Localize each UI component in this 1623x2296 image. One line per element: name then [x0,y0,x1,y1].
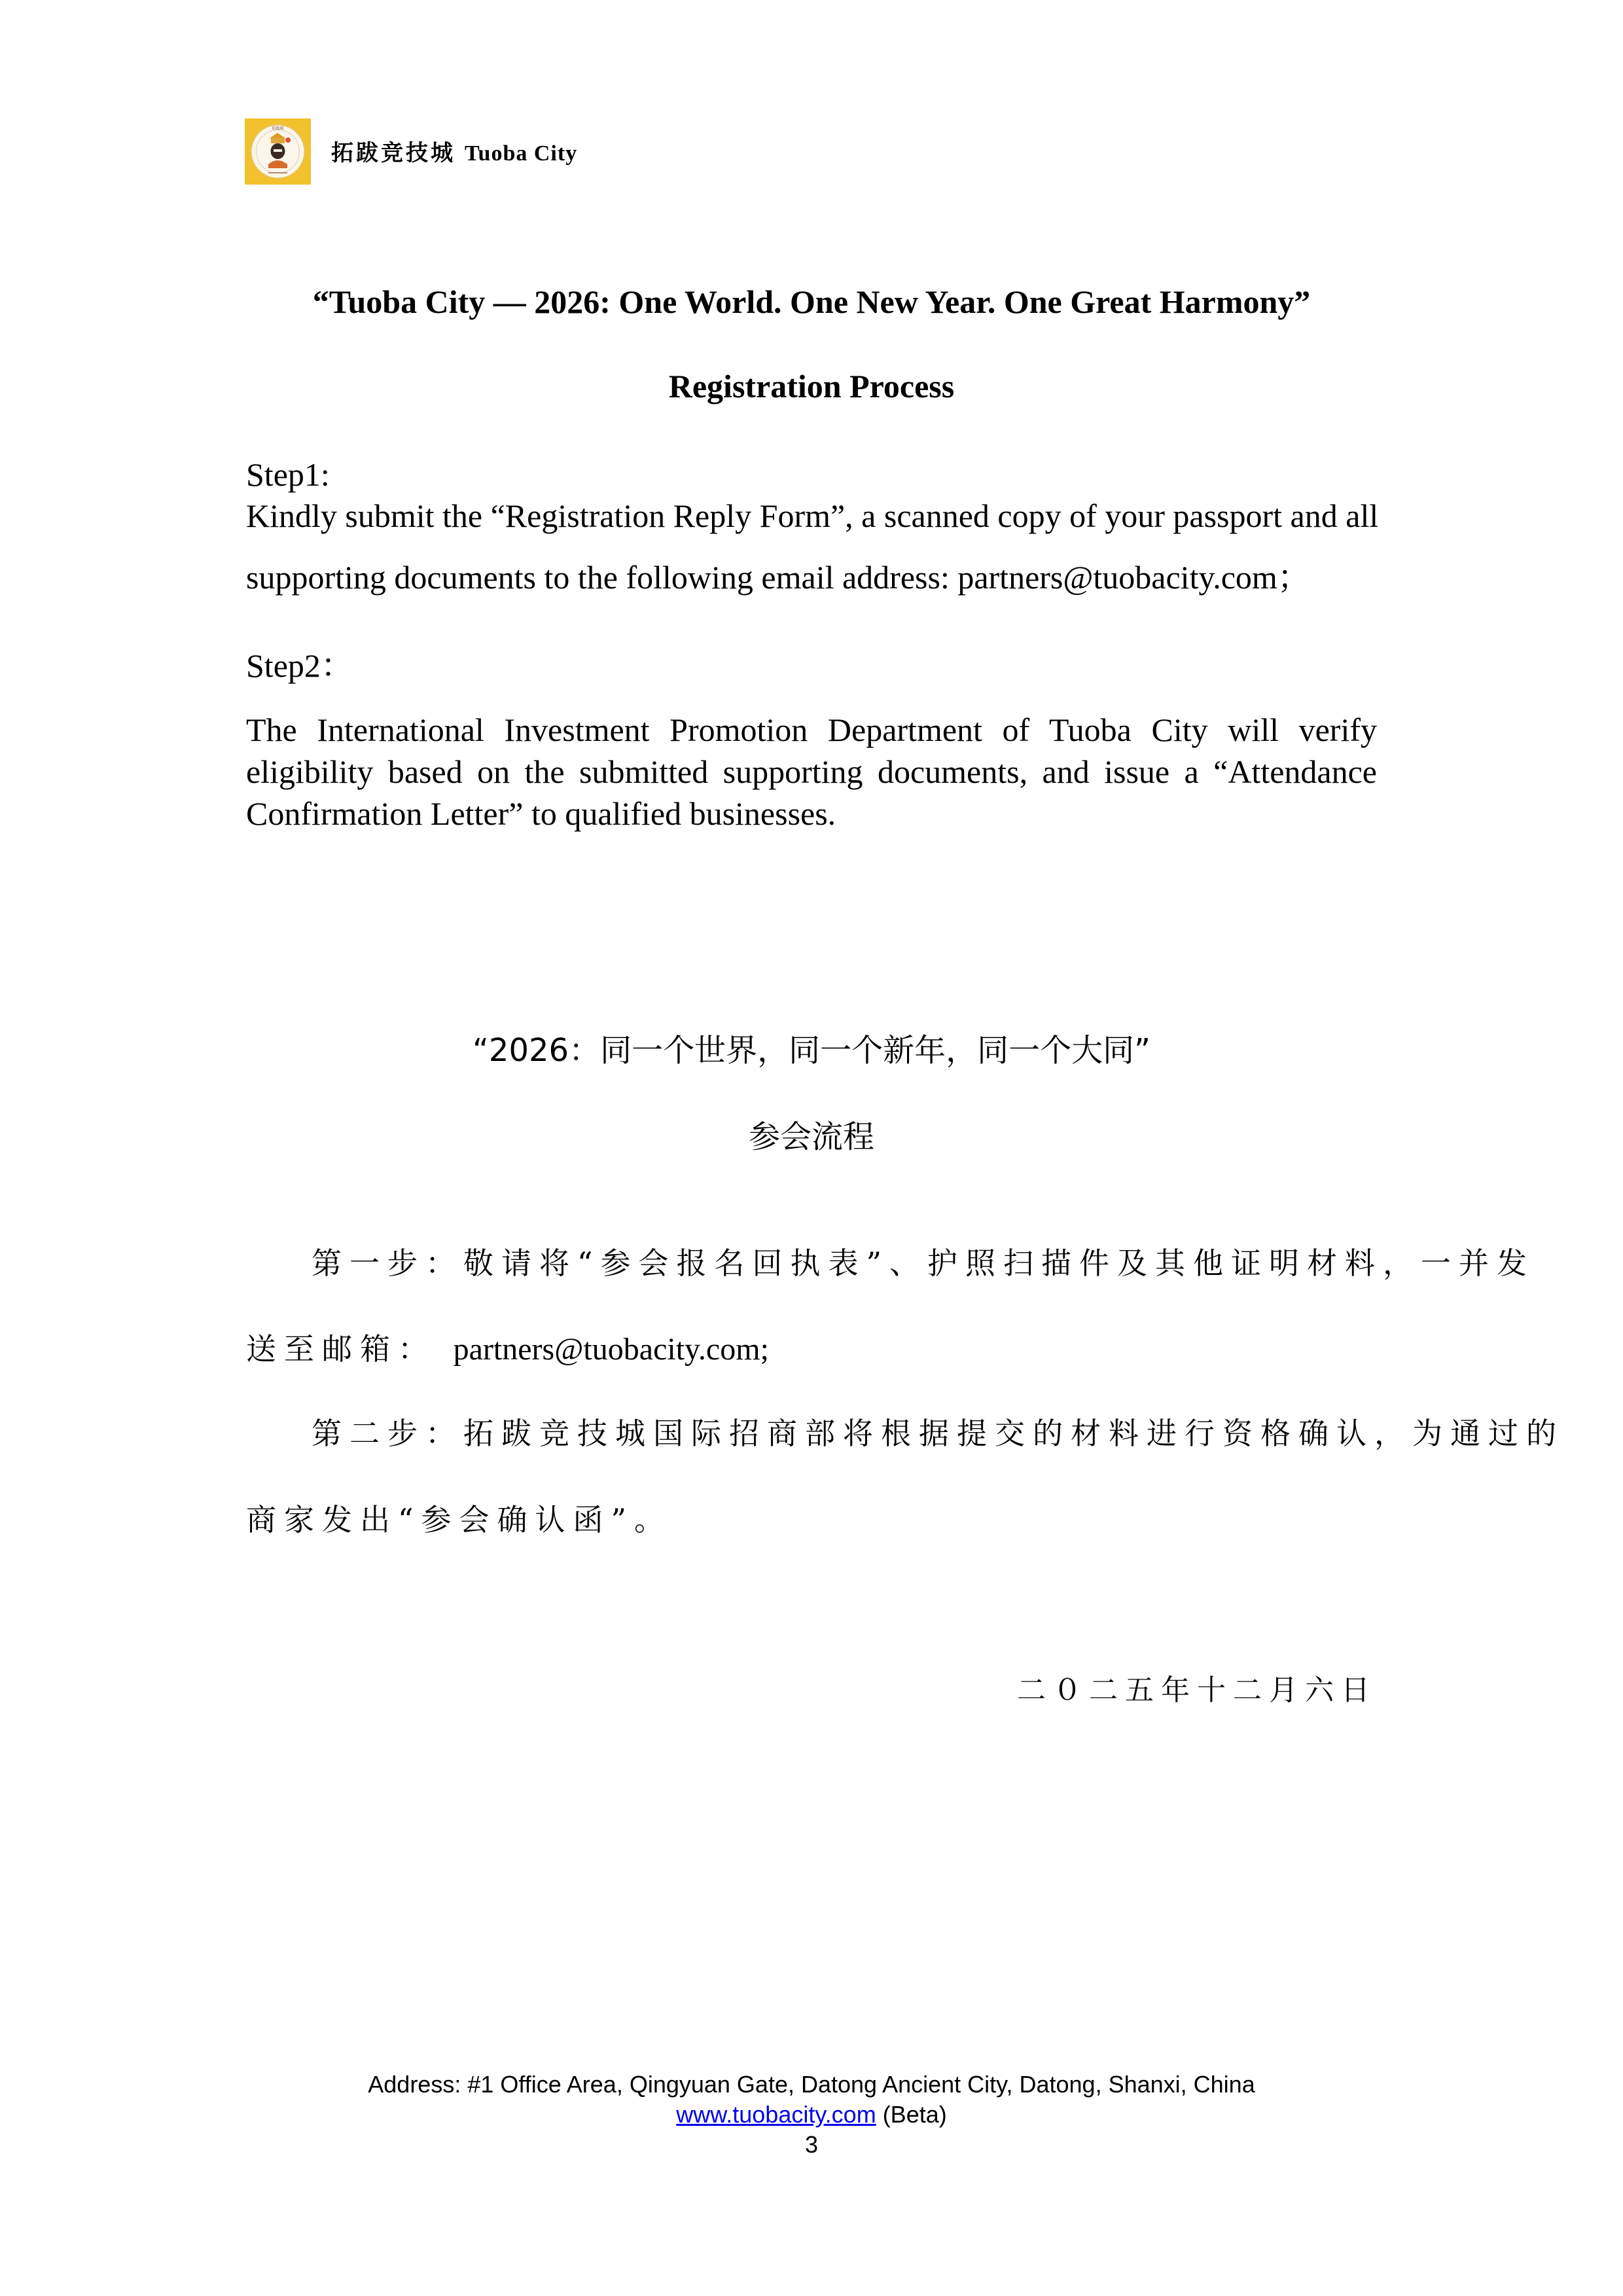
chinese-step1-line1: 第一步：敬请将“参会报名回执表”、护照扫描件及其他证明材料，一并发 [246,1240,1377,1283]
website-beta-label: (Beta) [876,2101,947,2128]
tuoba-city-emblem-icon: 拓跋城 [245,118,311,185]
english-title: “Tuoba City — 2026: One World. One New Y… [246,283,1377,321]
english-subtitle: Registration Process [246,367,1377,405]
page-number: 3 [0,2130,1623,2160]
chinese-title: “2026：同一个世界，同一个新年，同一个大同” [246,1025,1377,1070]
chinese-step1-line2: 送至邮箱： partners@tuobacity.com; [246,1325,1377,1369]
step1-text-line1: Kindly submit the “Registration Reply Fo… [246,495,1377,537]
step2-text: The International Investment Promotion D… [246,709,1377,834]
footer-website: www.tuobacity.com (Beta) [0,2100,1623,2130]
step1-text-line2: supporting documents to the following em… [246,556,1377,598]
footer-address: Address: #1 Office Area, Qingyuan Gate, … [0,2070,1623,2100]
document-date: 二０二五年十二月六日 [246,1666,1377,1708]
chinese-subtitle: 参会流程 [246,1111,1377,1157]
svg-text:拓跋城: 拓跋城 [272,126,283,131]
chinese-step1-email-prefix: 送至邮箱： [246,1331,436,1367]
brand-name-en: Tuoba City [465,141,577,166]
chinese-step1-email: partners@tuobacity.com; [454,1332,769,1367]
step2-label: Step2： [246,645,1377,687]
chinese-step2-line2: 商家发出“参会确认函”。 [246,1496,1377,1539]
step1-label: Step1: [246,454,1377,495]
tuoba-city-logo: 拓跋城 [245,118,311,185]
website-link[interactable]: www.tuobacity.com [676,2101,876,2128]
brand-name-cn: 拓跋竞技城 [331,141,455,166]
brand-name: 拓跋竞技城Tuoba City [331,135,577,167]
chinese-step2-line1: 第二步：拓跋竞技城国际招商部将根据提交的材料进行资格确认，为通过的 [246,1410,1377,1453]
